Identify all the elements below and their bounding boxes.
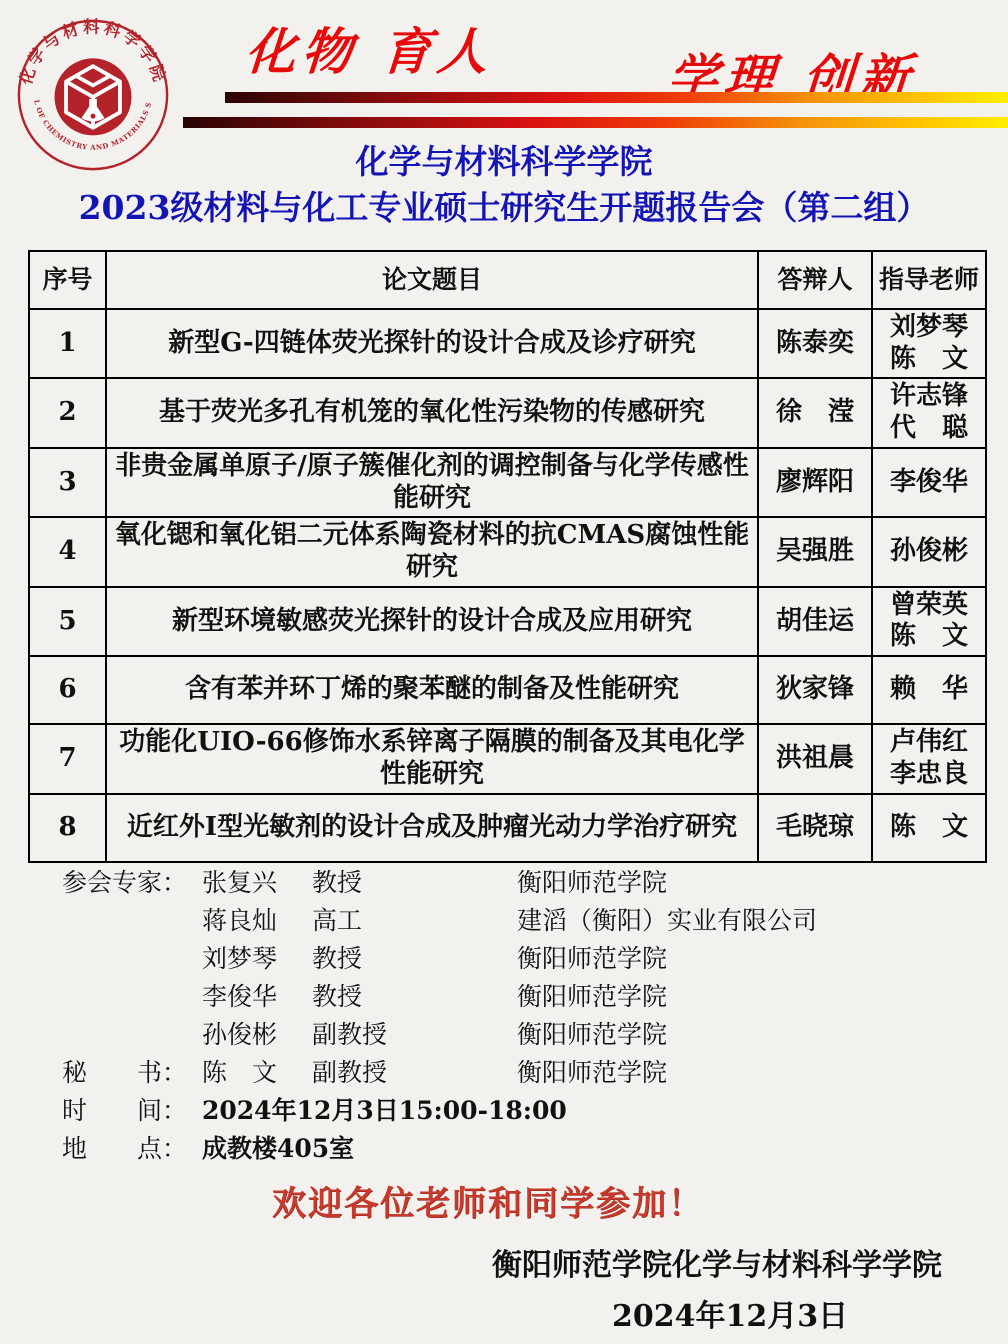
thesis-title: 非贵金属单原子/原子簇催化剂的调控制备与化学传感性能研究 bbox=[106, 448, 758, 517]
secretary-name: 陈 文 bbox=[202, 1053, 312, 1089]
footer-organization: 衡阳师范学院化学与材料科学学院 bbox=[492, 1240, 942, 1284]
table-row: 3 非贵金属单原子/原子簇催化剂的调控制备与化学传感性能研究 廖辉阳 李俊华 bbox=[29, 448, 986, 517]
expert-row: 李俊华 教授 衡阳师范学院 bbox=[62, 976, 962, 1014]
thesis-title: 含有苯并环丁烯的聚苯醚的制备及性能研究 bbox=[106, 656, 758, 724]
thesis-title: 氧化锶和氧化铝二元体系陶瓷材料的抗CMAS腐蚀性能研究 bbox=[106, 517, 758, 586]
table-header-row: 序号 论文题目 答辩人 指导老师 bbox=[29, 251, 986, 309]
advisor-names: 李俊华 bbox=[872, 448, 986, 517]
advisor-names: 曾荣英 陈 文 bbox=[872, 587, 986, 656]
expert-org: 衡阳师范学院 bbox=[517, 977, 962, 1013]
table-row: 4 氧化锶和氧化铝二元体系陶瓷材料的抗CMAS腐蚀性能研究 吴强胜 孙俊彬 bbox=[29, 517, 986, 586]
advisor-names: 许志锋 代 聪 bbox=[872, 378, 986, 447]
col-header-defender: 答辩人 bbox=[758, 251, 872, 309]
expert-title: 教授 bbox=[312, 939, 517, 975]
expert-title: 教授 bbox=[312, 977, 517, 1013]
thesis-title: 新型环境敏感荧光探针的设计合成及应用研究 bbox=[106, 587, 758, 656]
table-row: 1 新型G-四链体荧光探针的设计合成及诊疗研究 陈泰奕 刘梦琴 陈 文 bbox=[29, 309, 986, 378]
row-no: 1 bbox=[29, 309, 106, 378]
defender-name: 胡佳运 bbox=[758, 587, 872, 656]
advisor-names: 陈 文 bbox=[872, 794, 986, 862]
defender-name: 毛晓琼 bbox=[758, 794, 872, 862]
secretary-org: 衡阳师范学院 bbox=[517, 1053, 962, 1089]
advisor-names: 卢伟红 李忠良 bbox=[872, 724, 986, 793]
expert-row: 刘梦琴 教授 衡阳师范学院 bbox=[62, 938, 962, 976]
advisor-names: 孙俊彬 bbox=[872, 517, 986, 586]
row-no: 7 bbox=[29, 724, 106, 793]
thesis-title: 新型G-四链体荧光探针的设计合成及诊疗研究 bbox=[106, 309, 758, 378]
defender-name: 狄家锋 bbox=[758, 656, 872, 724]
advisor-names: 赖 华 bbox=[872, 656, 986, 724]
secretary-label: 秘 书： bbox=[62, 1053, 202, 1089]
thesis-title: 近红外I型光敏剂的设计合成及肿瘤光动力学治疗研究 bbox=[106, 794, 758, 862]
motto-left: 化物 育人 bbox=[243, 12, 495, 84]
secretary-row: 秘 书： 陈 文 副教授 衡阳师范学院 bbox=[62, 1052, 962, 1090]
meeting-info: 参会专家： 张复兴 教授 衡阳师范学院 蒋良灿 高工 建滔（衡阳）实业有限公司 … bbox=[62, 862, 962, 1166]
time-row: 时 间： 2024年12月3日15:00-18:00 bbox=[62, 1090, 962, 1128]
expert-org: 衡阳师范学院 bbox=[517, 939, 962, 975]
experts-label: 参会专家： bbox=[62, 863, 202, 899]
expert-org: 建滔（衡阳）实业有限公司 bbox=[517, 901, 962, 937]
thesis-title: 基于荧光多孔有机笼的氧化性污染物的传感研究 bbox=[106, 378, 758, 447]
expert-title: 副教授 bbox=[312, 1015, 517, 1051]
place-label: 地 点： bbox=[62, 1129, 202, 1165]
advisor-names: 刘梦琴 陈 文 bbox=[872, 309, 986, 378]
table-row: 2 基于荧光多孔有机笼的氧化性污染物的传感研究 徐 滢 许志锋 代 聪 bbox=[29, 378, 986, 447]
place-value: 成教楼405室 bbox=[202, 1129, 354, 1165]
row-no: 2 bbox=[29, 378, 106, 447]
table-row: 6 含有苯并环丁烯的聚苯醚的制备及性能研究 狄家锋 赖 华 bbox=[29, 656, 986, 724]
defender-name: 廖辉阳 bbox=[758, 448, 872, 517]
time-label: 时 间： bbox=[62, 1091, 202, 1127]
document-title-line1: 化学与材料科学学院 bbox=[0, 136, 1008, 183]
thesis-title: 功能化UIO-66修饰水系锌离子隔膜的制备及其电化学性能研究 bbox=[106, 724, 758, 793]
expert-row: 蒋良灿 高工 建滔（衡阳）实业有限公司 bbox=[62, 900, 962, 938]
expert-name: 张复兴 bbox=[202, 863, 312, 899]
defender-name: 陈泰奕 bbox=[758, 309, 872, 378]
expert-name: 孙俊彬 bbox=[202, 1015, 312, 1051]
defender-name: 徐 滢 bbox=[758, 378, 872, 447]
expert-org: 衡阳师范学院 bbox=[517, 863, 962, 899]
col-header-no: 序号 bbox=[29, 251, 106, 309]
expert-name: 刘梦琴 bbox=[202, 939, 312, 975]
row-no: 5 bbox=[29, 587, 106, 656]
col-header-title: 论文题目 bbox=[106, 251, 758, 309]
row-no: 4 bbox=[29, 517, 106, 586]
expert-name: 蒋良灿 bbox=[202, 901, 312, 937]
document-title-line2: 2023级材料与化工专业硕士研究生开题报告会（第二组） bbox=[0, 182, 1008, 229]
place-row: 地 点： 成教楼405室 bbox=[62, 1128, 962, 1166]
expert-org: 衡阳师范学院 bbox=[517, 1015, 962, 1051]
defender-name: 吴强胜 bbox=[758, 517, 872, 586]
row-no: 8 bbox=[29, 794, 106, 862]
gradient-bar-bottom bbox=[183, 117, 1008, 128]
defender-name: 洪祖晨 bbox=[758, 724, 872, 793]
welcome-message: 欢迎各位老师和同学参加！ bbox=[0, 1176, 976, 1225]
time-value: 2024年12月3日15:00-18:00 bbox=[202, 1091, 567, 1127]
table-row: 5 新型环境敏感荧光探针的设计合成及应用研究 胡佳运 曾荣英 陈 文 bbox=[29, 587, 986, 656]
table-row: 8 近红外I型光敏剂的设计合成及肿瘤光动力学治疗研究 毛晓琼 陈 文 bbox=[29, 794, 986, 862]
footer-date: 2024年12月3日 bbox=[612, 1291, 848, 1335]
expert-row: 孙俊彬 副教授 衡阳师范学院 bbox=[62, 1014, 962, 1052]
table-row: 7 功能化UIO-66修饰水系锌离子隔膜的制备及其电化学性能研究 洪祖晨 卢伟红… bbox=[29, 724, 986, 793]
expert-title: 教授 bbox=[312, 863, 517, 899]
secretary-title: 副教授 bbox=[312, 1053, 517, 1089]
gradient-bar-top bbox=[225, 92, 1008, 103]
col-header-advisor: 指导老师 bbox=[872, 251, 986, 309]
row-no: 3 bbox=[29, 448, 106, 517]
row-no: 6 bbox=[29, 656, 106, 724]
defense-schedule-table: 序号 论文题目 答辩人 指导老师 1 新型G-四链体荧光探针的设计合成及诊疗研究… bbox=[28, 250, 987, 863]
expert-row: 参会专家： 张复兴 教授 衡阳师范学院 bbox=[62, 862, 962, 900]
expert-name: 李俊华 bbox=[202, 977, 312, 1013]
expert-title: 高工 bbox=[312, 901, 517, 937]
